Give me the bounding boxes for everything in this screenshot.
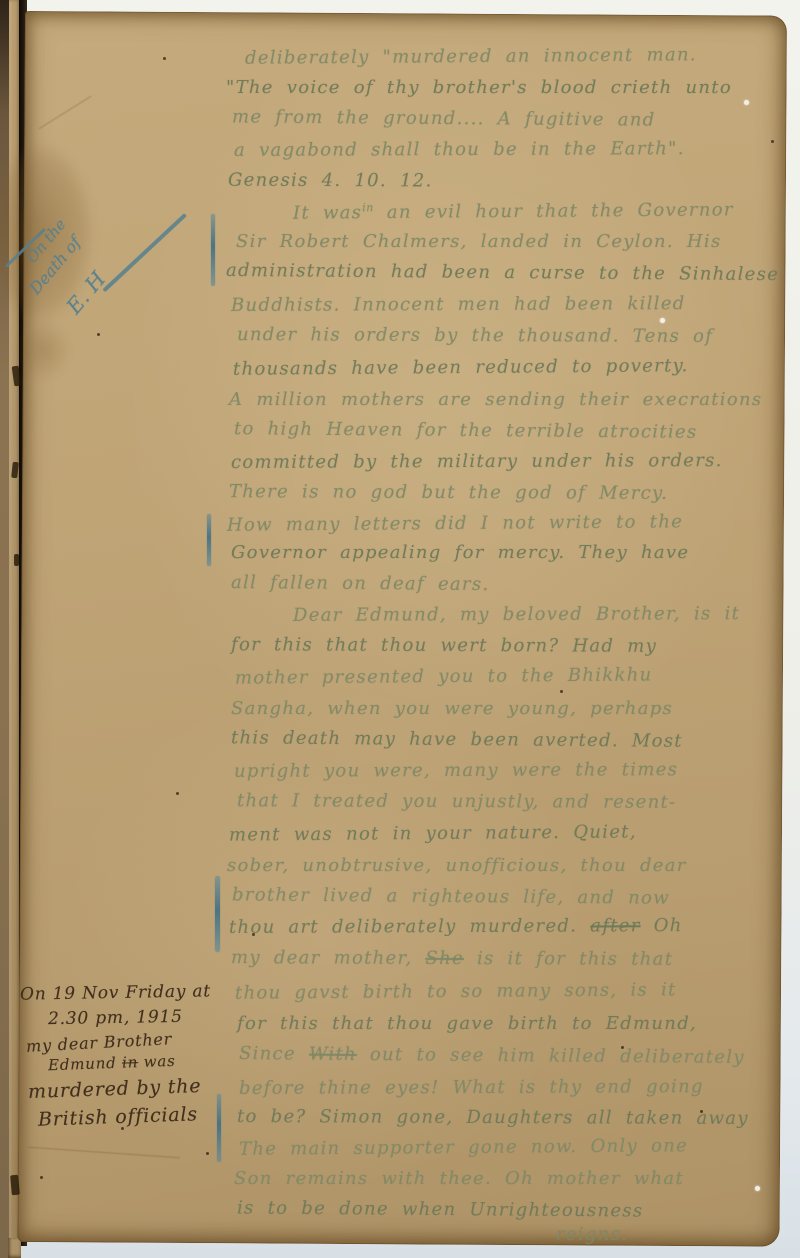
manuscript-line: There is no god but the god of Mercy. — [229, 481, 668, 504]
manuscript-line: a vagabond shall thou be in the Earth". — [234, 138, 685, 161]
manuscript-line: sober, unobtrusive, unofficious, thou de… — [227, 855, 687, 877]
manuscript-line: this death may have been averted. Most — [231, 727, 683, 752]
manuscript-line: thousands have been reduced to poverty. — [233, 355, 689, 380]
manuscript-line: under his orders by the thousand. Tens o… — [237, 324, 713, 347]
manuscript-line: all fallen on deaf ears. — [231, 572, 490, 596]
manuscript-line: committed by the military under his orde… — [231, 450, 723, 473]
margin-emphasis-mark — [207, 514, 211, 566]
manuscript-line: administration had been a curse to the S… — [226, 260, 779, 286]
margin-emphasis-mark — [211, 214, 215, 286]
manuscript-line: to be? Simon gone, Daughters all taken a… — [237, 1106, 749, 1130]
manuscript-line: How many letters did I not write to the — [227, 511, 683, 536]
paper-speck — [771, 140, 774, 143]
margin-emphasis-mark — [217, 1094, 221, 1162]
binding-stitch — [10, 1175, 20, 1196]
manuscript-line: upright you were, many were the times — [234, 759, 678, 782]
manuscript-line: Governor appealing for mercy. They have — [231, 542, 689, 564]
manuscript-line: Dear Edmund, my beloved Brother, is it — [293, 603, 740, 626]
flourish-stroke — [102, 213, 187, 292]
paper-speck — [206, 1152, 209, 1155]
manuscript-line: It wasin an evil hour that the Governor — [293, 198, 734, 224]
date-note-line: On 19 Nov Friday at — [20, 981, 211, 1004]
manuscript-line: for this that thou gave birth to Edmund, — [237, 1013, 697, 1035]
manuscript-line: that I treated you unjustly, and resent- — [237, 790, 677, 813]
manuscript-line: thou gavst birth to so many sons, is it — [235, 979, 677, 1004]
manuscript-line: ment was not in your nature. Quiet, — [229, 821, 637, 846]
manuscript-line: Son remains with thee. Oh mother what — [234, 1168, 684, 1190]
manuscript-line: thou art deliberately murdered. after Oh — [229, 915, 683, 938]
manuscript-line: "The voice of thy brother's blood crieth… — [226, 77, 732, 99]
manuscript-line: for this that thou wert born? Had my — [231, 634, 657, 657]
manuscript-line: me from the ground.... A fugitive and — [232, 106, 656, 131]
paper-speck — [560, 690, 563, 693]
page-edge-tab — [8, 1238, 21, 1258]
paper-speck — [40, 1176, 43, 1179]
paper-speck — [176, 792, 179, 795]
manuscript-line: Genesis 4. 10. 12. — [228, 170, 433, 192]
manuscript-line: my dear mother, She is it for this that — [231, 947, 673, 970]
manuscript-line: reigns. — [556, 1224, 628, 1246]
binding-stitch — [14, 554, 19, 566]
death-note-line: E. H — [61, 267, 111, 320]
manuscript-line: mother presented you to the Bhikkhu — [235, 664, 653, 689]
paper-hole — [660, 318, 665, 323]
manuscript-line: The main supporter gone now. Only one — [239, 1135, 688, 1160]
manuscript-line: Buddhists. Innocent men had been killed — [231, 293, 686, 316]
paper-hole — [744, 100, 749, 105]
page-edge-outer — [0, 0, 9, 1258]
paper-hole — [755, 1186, 760, 1191]
manuscript-line: Since With out to see him killed deliber… — [239, 1043, 745, 1068]
manuscript-line: Sangha, when you were young, perhaps — [231, 698, 673, 720]
manuscript-line: to high Heaven for the terrible atrociti… — [234, 418, 698, 443]
manuscript-line: deliberately "murdered an innocent man. — [245, 44, 697, 69]
manuscript-line: is to be done when Unrighteousness — [237, 1197, 644, 1222]
manuscript-line: A million mothers are sending their exec… — [229, 389, 762, 411]
manuscript-line: before thine eyes! What is thy end going — [239, 1076, 704, 1099]
margin-emphasis-mark — [215, 876, 220, 952]
manuscript-photo: On the Death of E. H On 19 Nov Friday at… — [0, 0, 800, 1258]
date-note-line: 2.30 pm, 1915 — [48, 1007, 183, 1029]
manuscript-line: brother lived a righteous life, and now — [232, 884, 670, 909]
manuscript-line: Sir Robert Chalmers, landed in Ceylon. H… — [236, 231, 721, 253]
paper-speck — [163, 57, 166, 60]
